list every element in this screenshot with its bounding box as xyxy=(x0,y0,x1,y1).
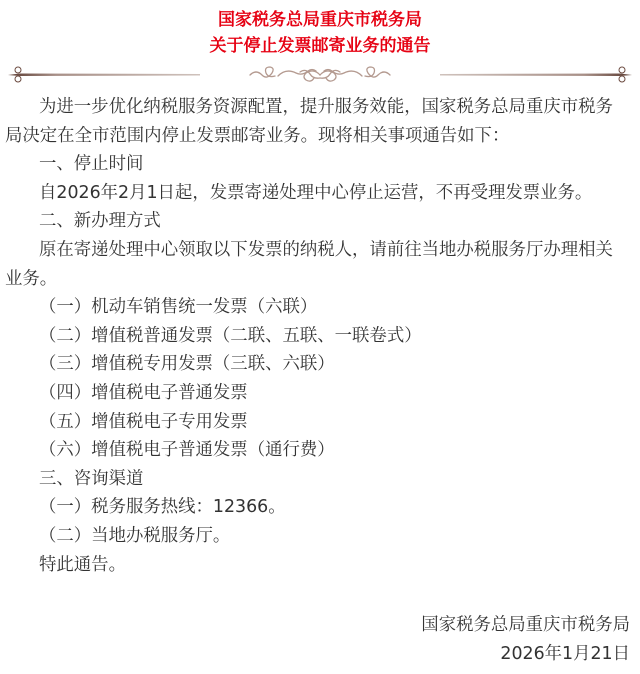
closing-text: 特此通告。 xyxy=(5,551,635,580)
invoice-type-item: （一）机动车销售统一发票（六联） xyxy=(5,293,635,322)
notice-header: 国家税务总局重庆市税务局 关于停止发票邮寄业务的通告 xyxy=(0,0,640,90)
signature-date: 2026年1月21日 xyxy=(500,640,630,669)
intro-line-1: 为进一步优化纳税服务资源配置，提升服务效能，国家税务总局重庆市税务 xyxy=(5,93,635,122)
title-line-1: 国家税务总局重庆市税务局 xyxy=(0,9,640,31)
intro-line-2: 局决定在全市范围内停止发票邮寄业务。现将相关事项通告如下： xyxy=(5,122,635,151)
invoice-type-item: （五）增值税电子专用发票 xyxy=(5,408,635,437)
contact-channel-item: （二）当地办税服务厅。 xyxy=(5,522,635,551)
section-1-heading: 一、停止时间 xyxy=(5,150,635,179)
invoice-type-item: （三）增值税专用发票（三联、六联） xyxy=(5,350,635,379)
section-1-text: 自2026年2月1日起，发票寄递处理中心停止运营，不再受理发票业务。 xyxy=(5,179,635,208)
title-line-2: 关于停止发票邮寄业务的通告 xyxy=(0,35,640,57)
contact-channel-item: （一）税务服务热线：12366。 xyxy=(5,493,635,522)
invoice-type-item: （四）增值税电子普通发票 xyxy=(5,379,635,408)
section-2-heading: 二、新办理方式 xyxy=(5,207,635,236)
invoice-type-item: （六）增值税电子普通发票（通行费） xyxy=(5,436,635,465)
notice-body: 为进一步优化纳税服务资源配置，提升服务效能，国家税务总局重庆市税务 局决定在全市… xyxy=(5,93,635,579)
section-2-text-line-1: 原在寄递处理中心领取以下发票的纳税人，请前往当地办税服务厅办理相关 xyxy=(5,236,635,265)
section-2-text-line-2: 业务。 xyxy=(5,265,635,294)
section-3-heading: 三、咨询渠道 xyxy=(5,465,635,494)
invoice-type-item: （二）增值税普通发票（二联、五联、一联卷式） xyxy=(5,322,635,351)
signature-organization: 国家税务总局重庆市税务局 xyxy=(421,611,630,640)
ornamental-divider-icon xyxy=(0,62,640,86)
